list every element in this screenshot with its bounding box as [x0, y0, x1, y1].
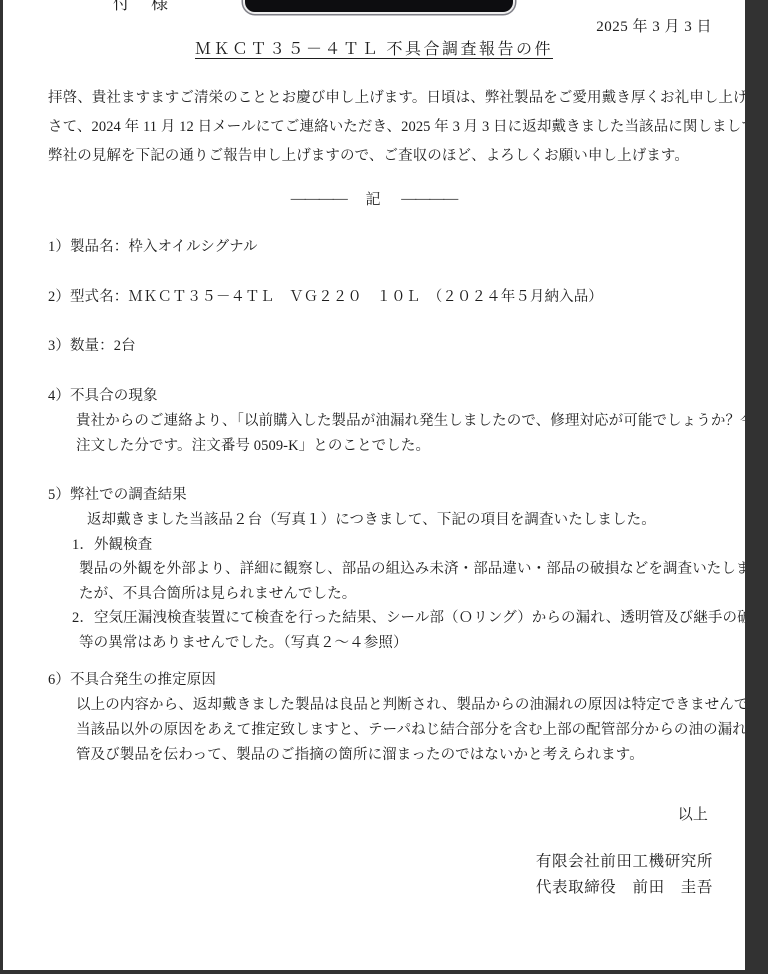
- item-1-product-name: 1）製品名：枠入オイルシグナル: [48, 238, 258, 256]
- document-title-text: ＭＫＣＴ３５－４ＴＬ 不具合調査報告の件: [195, 41, 553, 58]
- item-5-intro: 返却戴きました当該品２台（写真１）につきまして、下記の項目を調査いたしました。: [87, 511, 656, 529]
- item-6-line-3: 管及び製品を伝わって、製品のご指摘の箇所に溜まったのではないかと考えられます。: [76, 746, 644, 764]
- signer-line: 代表取締役 前田 圭吾: [536, 878, 713, 897]
- viewer-edge-right: [745, 0, 768, 974]
- item-4-line-2: 注文した分です。注文番号 0509-K」とのことでした。: [76, 437, 430, 455]
- redaction-bar: [243, 0, 515, 14]
- recipient-suffix: 付 様: [113, 0, 170, 14]
- item-5-sub-2-line-1: 2．空気圧漏洩検査装置にて検査を行った結果、シール部（Ｏリング）からの漏れ、透明…: [72, 609, 766, 627]
- greeting-line-3: 弊社の見解を下記の通りご報告申し上げますので、ご査収のほど、よろしくお願い申し上…: [48, 147, 689, 165]
- item-4-heading: 4）不具合の現象: [48, 387, 158, 405]
- item-3-quantity: 3）数量：2台: [48, 337, 136, 355]
- item-5-sub-1-line-2: たが、不具合箇所は見られませんでした。: [79, 585, 356, 603]
- item-6-line-2: 当該品以外の原因をあえて推定致しますと、テーパねじ結合部分を含む上部の配管部分か…: [76, 721, 768, 739]
- item-5-heading: 5）弊社での調査結果: [48, 486, 187, 504]
- viewer-edge-left: [0, 0, 3, 974]
- record-heading: ―――― 記 ――――: [3, 188, 745, 209]
- item-5-sub-1-line-1: 製品の外観を外部より、詳細に観察し、部品の組込み未済・部品違い・部品の破損などを…: [79, 560, 765, 578]
- greeting-line-2: さて、2024 年 11 月 12 日メールにてご連絡いただき、2025 年 3…: [48, 118, 768, 136]
- item-6-line-1: 以上の内容から、返却戴きました製品は良品と判断され、製品からの油漏れの原因は特定…: [76, 696, 768, 714]
- item-5-sub-1-heading: 1．外観検査: [72, 536, 152, 554]
- document-title: ＭＫＣＴ３５－４ＴＬ 不具合調査報告の件: [3, 36, 745, 59]
- record-dash-right: ――――: [401, 191, 457, 207]
- item-5-sub-2-line-2: 等の異常はありませんでした。（写真２～４参照）: [79, 634, 408, 652]
- viewer-edge-bottom: [0, 970, 768, 974]
- greeting-line-1: 拝啓、貴社ますますご清栄のこととお慶び申し上げます。日頃は、弊社製品をご愛用戴き…: [48, 89, 768, 107]
- company-name: 有限会社前田工機研究所: [536, 852, 713, 871]
- document-page: 付 様 2025 年 3 月 3 日 ＭＫＣＴ３５－４ＴＬ 不具合調査報告の件 …: [0, 0, 768, 974]
- document-date: 2025 年 3 月 3 日: [596, 15, 712, 36]
- closing-word: 以上: [678, 806, 708, 825]
- item-4-line-1: 貴社からのご連絡より、「以前購入した製品が油漏れ発生しましたので、修理対応が可能…: [76, 412, 768, 430]
- record-dash-left: ――――: [291, 191, 347, 207]
- item-2-model-name: 2）型式名：ＭＫＣＴ３５－４ＴＬ ＶＧ２２０ １０Ｌ （２０２４年５月納入品）: [48, 288, 603, 306]
- record-label: 記: [365, 192, 382, 208]
- item-6-heading: 6）不具合発生の推定原因: [48, 671, 216, 689]
